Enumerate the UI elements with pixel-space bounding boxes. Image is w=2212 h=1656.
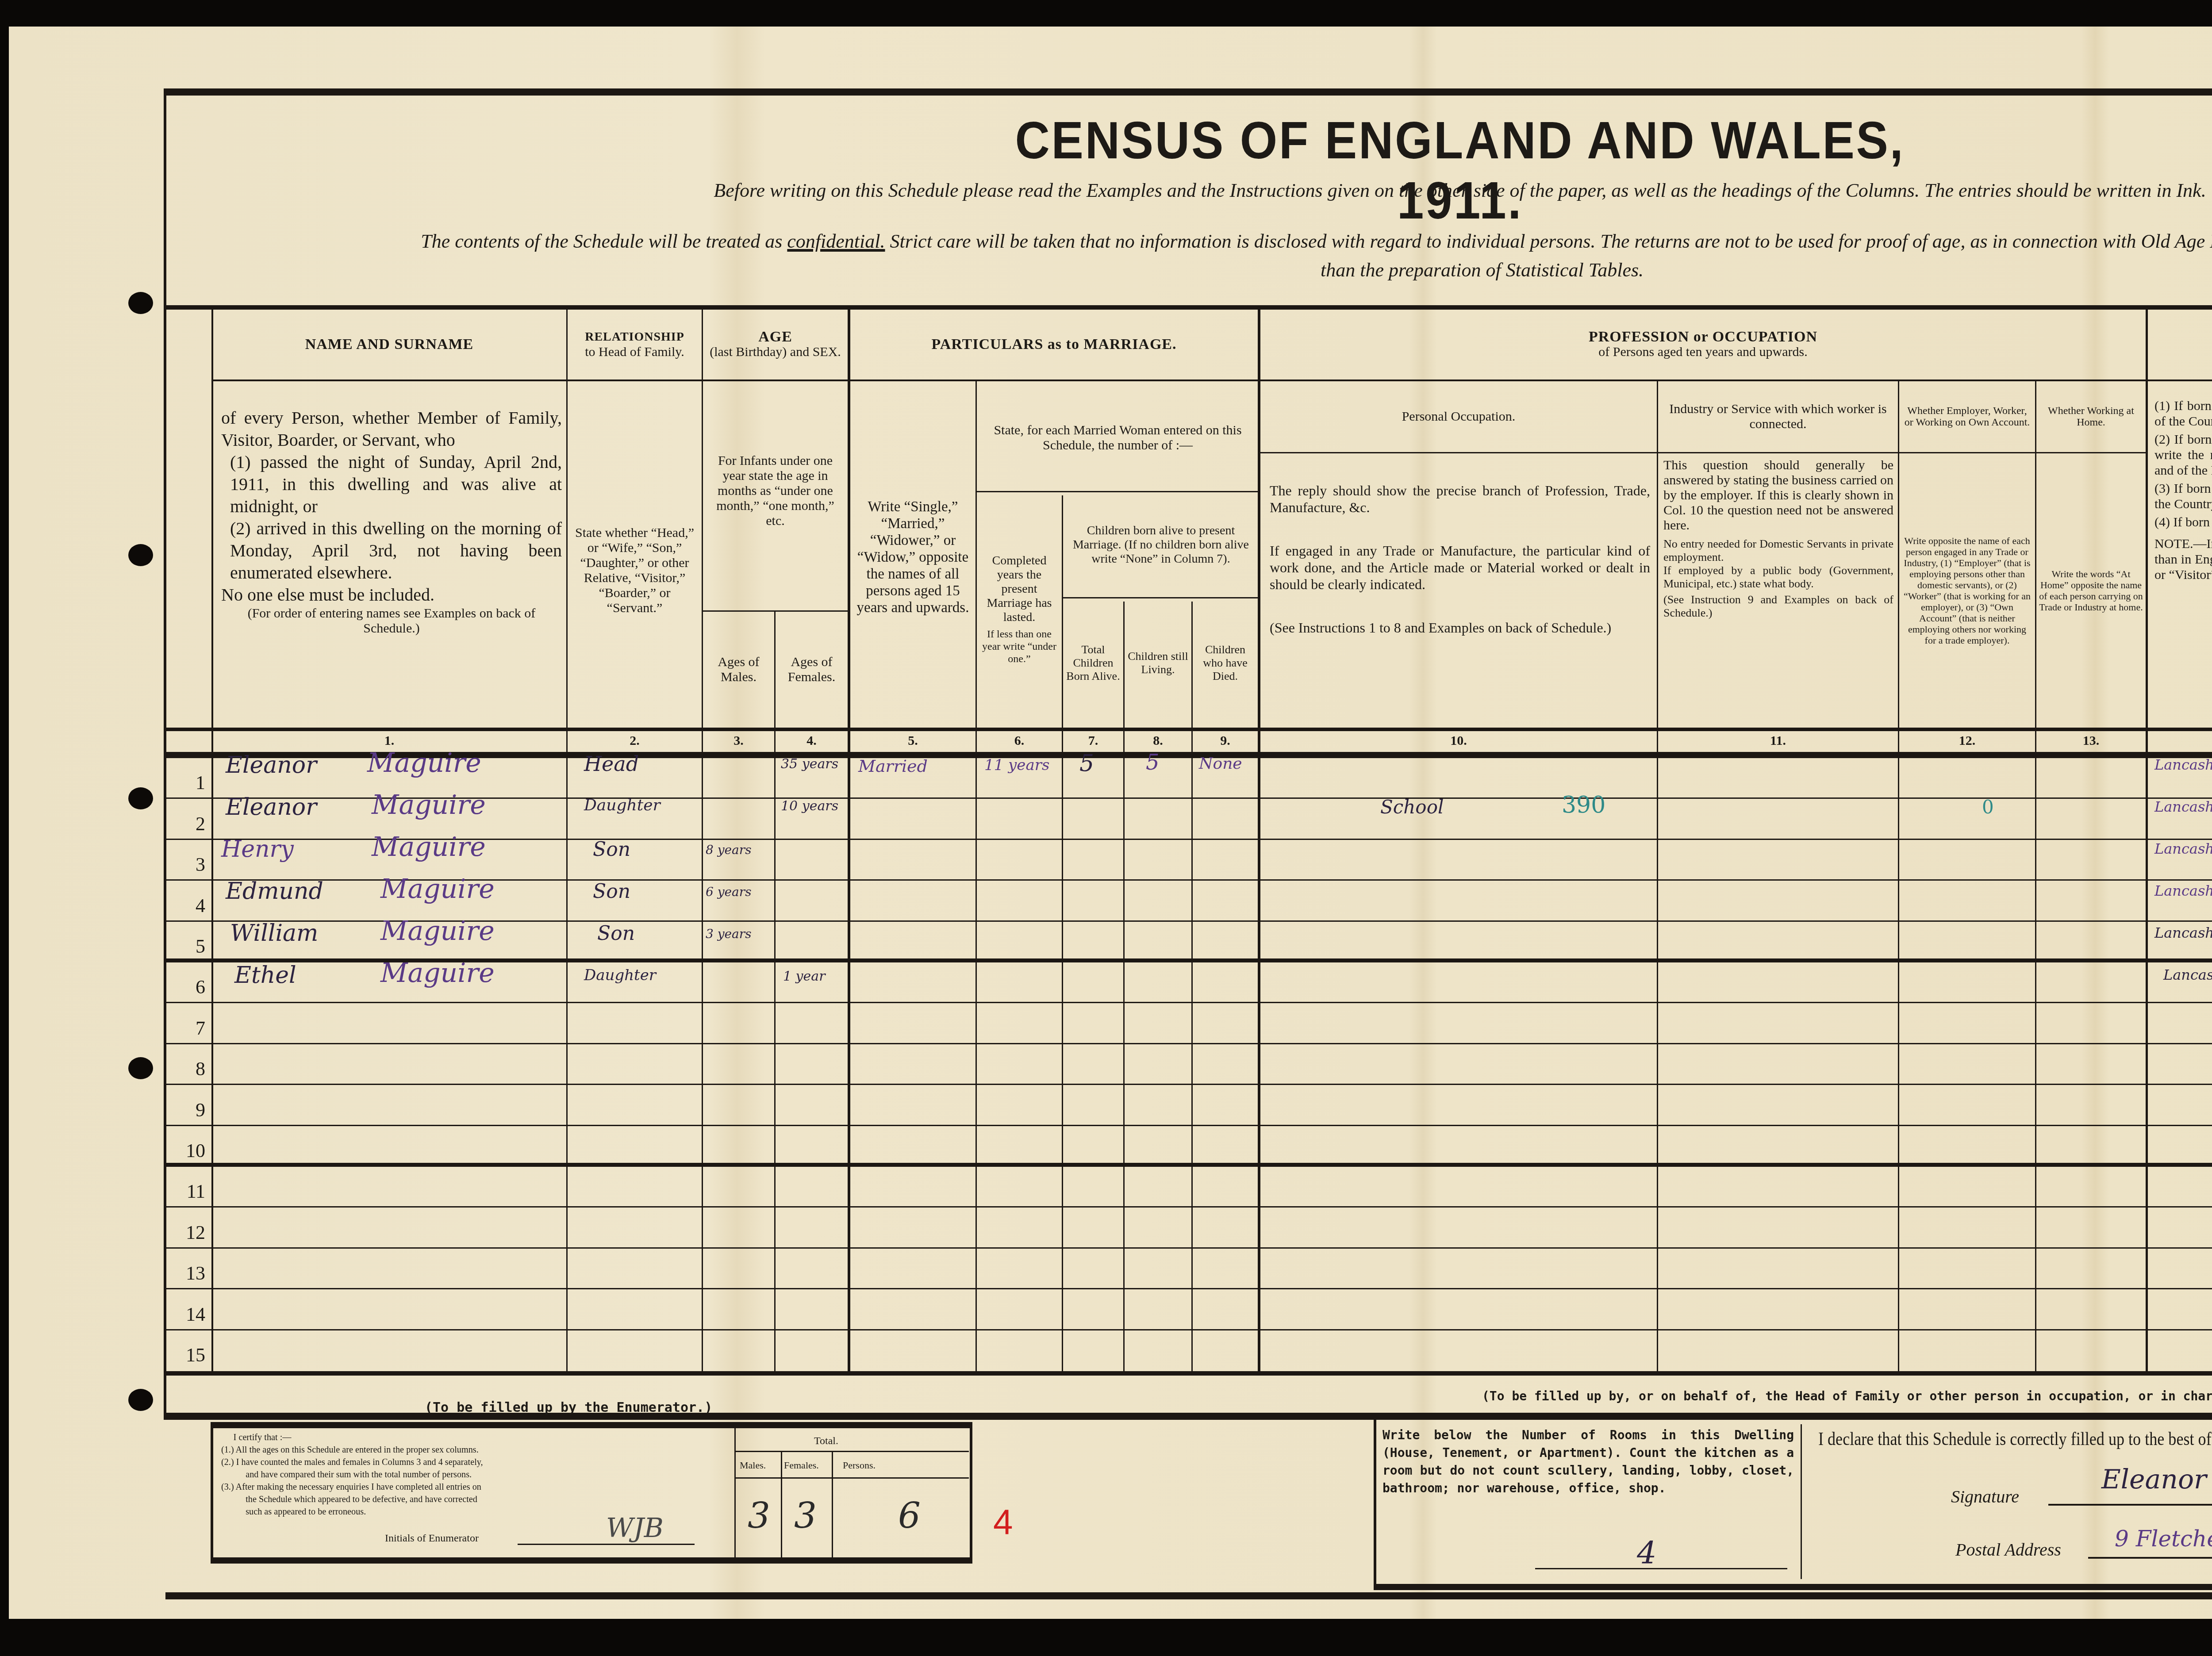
enumerator-divider <box>734 1426 736 1559</box>
row-5-surname[interactable]: Maguire <box>380 916 495 947</box>
postal-address-label: Postal Address <box>1955 1539 2061 1560</box>
row-6-relationship[interactable]: Daughter <box>584 966 656 984</box>
row-rule <box>165 1247 2212 1249</box>
name-instructions: of every Person, whether Member of Famil… <box>221 407 562 636</box>
married-woman-instructions: State, for each Married Woman entered on… <box>977 385 1259 491</box>
header-name: NAME AND SURNAME <box>212 310 566 379</box>
rooms-instructions: Write below the Number of Rooms in this … <box>1382 1426 1794 1497</box>
col-number: 2. <box>568 733 702 748</box>
row-2-surname[interactable]: Maguire <box>372 790 486 820</box>
header-relationship: RELATIONSHIP to Head of Family. <box>568 310 702 379</box>
marriage-condition-instructions: Write “Single,” “Married,” “Widower,” or… <box>850 469 975 646</box>
row-4-forename[interactable]: Edmund <box>226 878 323 905</box>
children-header: Children born alive to present Marriage.… <box>1063 492 1259 597</box>
row-1-relationship[interactable]: Head <box>584 752 639 776</box>
row-6-age-female[interactable]: 1 year <box>783 969 826 984</box>
ink-instruction: Before writing on this Schedule please r… <box>487 179 2212 202</box>
confidential-word: confidential. <box>787 230 885 252</box>
punch-hole <box>128 1389 153 1411</box>
enumerator-caption: (To be filled up by the Enumerator.) <box>425 1400 712 1415</box>
subheader-bottom-rule <box>165 728 2212 731</box>
total-label: Total. <box>814 1435 838 1447</box>
page-title: CENSUS OF ENGLAND AND WALES, 1911. <box>992 111 1928 231</box>
row-2-occupation-code: 390 <box>1562 792 1605 818</box>
col-number: 1. <box>212 733 566 748</box>
col-divider <box>211 310 213 1371</box>
row-3-relationship[interactable]: Son <box>593 838 630 861</box>
col-number: 3. <box>703 733 774 748</box>
row-3-forename[interactable]: Henry <box>221 836 294 862</box>
declaration: I declare that this Schedule is correctl… <box>1818 1429 2212 1450</box>
col-number: 4. <box>776 733 848 748</box>
signature-line <box>2048 1504 2212 1506</box>
col-number: 6. <box>977 733 1062 748</box>
row-number: 15 <box>165 1344 210 1366</box>
row-number: 14 <box>165 1303 210 1326</box>
marriage-years-header: Completed years the present Marriage has… <box>977 492 1062 727</box>
table-top-rule <box>165 305 2212 310</box>
row-number: 6 <box>165 976 210 998</box>
initials-line <box>518 1544 695 1545</box>
enumerator-initials[interactable]: WJB <box>606 1513 664 1544</box>
row-5-forename[interactable]: William <box>230 920 318 947</box>
age-males-header: Ages of Males. <box>703 612 774 728</box>
col-number: 13. <box>2036 733 2146 748</box>
birthplace-instructions: (1) If born in the United Kingdom, write… <box>2154 398 2212 583</box>
row-2-occupation[interactable]: School <box>1380 796 1444 818</box>
row-rule <box>165 1288 2212 1289</box>
row-6-county[interactable]: Lancashire <box>2163 966 2212 983</box>
personal-occupation-instructions: The reply should show the precise branch… <box>1270 482 1650 636</box>
header-age: AGE (last Birthday) and SEX. <box>703 310 848 379</box>
row-1-children-living[interactable]: 5 <box>1146 750 1160 775</box>
row-rule <box>165 1163 2212 1167</box>
employer-instructions: Write opposite the name of each person e… <box>1899 453 2035 728</box>
total-females[interactable]: 3 <box>794 1495 817 1536</box>
row-number: 3 <box>165 853 210 876</box>
row-number: 2 <box>165 813 210 835</box>
row-1-condition[interactable]: Married <box>858 756 928 776</box>
initials-label: Initials of Enumerator <box>385 1533 479 1545</box>
children-died-header: Children who have Died. <box>1193 598 1258 728</box>
total-divider <box>734 1451 969 1452</box>
row-3-age-male[interactable]: 8 years <box>706 843 752 857</box>
row-number: 9 <box>165 1099 210 1121</box>
rooms-line <box>1535 1568 1787 1569</box>
home-instructions: Write the words “At Home” opposite the n… <box>2036 453 2146 728</box>
header-marriage: PARTICULARS as to MARRIAGE. <box>850 310 1258 379</box>
col-number: 9. <box>1193 733 1258 748</box>
row-2-relationship[interactable]: Daughter <box>584 796 661 814</box>
females-label: Females. <box>784 1460 819 1471</box>
relationship-instructions: State whether “Head,” or “Wife,” “Son,” … <box>568 478 702 663</box>
col-number: 7. <box>1063 733 1123 748</box>
col-number: 5. <box>850 733 975 748</box>
red-annotation: 4 <box>993 1502 1013 1542</box>
row-number: 11 <box>165 1180 210 1203</box>
home-header: Whether Working at Home. <box>2036 381 2146 452</box>
row-number: 12 <box>165 1221 210 1244</box>
householder-caption: (To be filled up by, or on behalf of, th… <box>1482 1389 2212 1403</box>
row-rule <box>165 1084 2212 1085</box>
row-2-employer-code: 0 <box>1982 796 1994 818</box>
industry-instructions: This question should generally be answer… <box>1663 458 1893 620</box>
row-number: 1 <box>165 771 210 794</box>
total-divider <box>734 1477 969 1479</box>
age-females-header: Ages of Females. <box>776 612 848 728</box>
col-number: 14 <box>2148 733 2212 748</box>
col-number: 10. <box>1260 733 1657 748</box>
row-1-years-married[interactable]: 11 years <box>984 756 1049 774</box>
row-4-age-male[interactable]: 6 years <box>706 885 752 899</box>
row-4-county[interactable]: Lancashire <box>2154 882 2212 899</box>
row-2-county[interactable]: Lancashire <box>2154 798 2212 815</box>
children-living-header: Children still Living. <box>1125 598 1191 728</box>
signature-label: Signature <box>1951 1486 2019 1507</box>
col-number: 11. <box>1658 733 1898 748</box>
table-bottom-rule <box>165 1371 2212 1376</box>
punch-hole <box>128 544 153 566</box>
employer-header: Whether Employer, Worker, or Working on … <box>1899 381 2035 452</box>
row-number: 5 <box>165 935 210 958</box>
total-col-divider <box>832 1451 833 1559</box>
form-bottom-rule <box>165 1592 2212 1599</box>
total-col-divider <box>781 1451 782 1559</box>
header-occupation: PROFESSION or OCCUPATION of Persons aged… <box>1260 310 2146 379</box>
punch-hole <box>128 292 153 314</box>
enumerator-certification: I certify that :— (1.) All the ages on t… <box>221 1431 693 1518</box>
header-birthplace: BIRTHPLACE of every person. <box>2148 310 2212 379</box>
row-rule <box>165 1125 2212 1126</box>
row-5-county[interactable]: Lancashire <box>2154 924 2212 941</box>
row-number: 13 <box>165 1262 210 1284</box>
householder-divider <box>1801 1424 1802 1579</box>
total-males[interactable]: 3 <box>748 1495 770 1536</box>
col-divider <box>1657 380 1658 1371</box>
row-2-forename[interactable]: Eleanor <box>226 794 317 820</box>
row-number: 7 <box>165 1017 210 1039</box>
industry-header: Industry or Service with which worker is… <box>1658 381 1898 452</box>
row-4-relationship[interactable]: Son <box>593 880 630 903</box>
row-6-surname[interactable]: Maguire <box>380 958 495 989</box>
row-1-county[interactable]: Lancashire <box>2154 756 2212 773</box>
row-3-surname[interactable]: Maguire <box>372 832 486 862</box>
address-line <box>2088 1557 2212 1559</box>
personal-occupation-header: Personal Occupation. <box>1260 381 1657 452</box>
row-6-forename[interactable]: Ethel <box>234 962 296 989</box>
rooms-count[interactable]: 4 <box>1637 1535 1657 1571</box>
row-1-forename[interactable]: Eleanor <box>226 752 317 778</box>
punch-hole <box>128 787 153 809</box>
row-rule <box>165 1206 2212 1207</box>
row-2-age-female[interactable]: 10 years <box>781 798 838 814</box>
col-number: 12. <box>1899 733 2035 748</box>
males-label: Males. <box>740 1460 766 1471</box>
postal-address[interactable]: 9 Fletcher St. Ardwick Manchester Lanc <box>2115 1526 2212 1552</box>
confidentiality-notice-2: than the preparation of Statistical Tabl… <box>1062 259 1902 281</box>
row-rule <box>165 1329 2212 1330</box>
row-5-relationship[interactable]: Son <box>597 922 635 945</box>
total-persons[interactable]: 6 <box>898 1495 921 1536</box>
row-1-children-born[interactable]: 5 <box>1079 750 1094 777</box>
row-number: 10 <box>165 1139 210 1162</box>
row-5-age-male[interactable]: 3 years <box>706 927 752 941</box>
row-1-children-died[interactable]: None <box>1199 755 1242 773</box>
row-rule <box>165 1002 2212 1003</box>
age-infant-instructions: For Infants under one year state the age… <box>703 425 848 557</box>
row-1-age-female[interactable]: 35 years <box>781 756 838 772</box>
row-number: 8 <box>165 1058 210 1080</box>
punch-hole <box>128 1057 153 1079</box>
row-number: 4 <box>165 894 210 917</box>
persons-label: Persons. <box>843 1460 876 1471</box>
signature[interactable]: Eleanor Maguire <box>2101 1464 2212 1495</box>
col-divider <box>566 310 568 1371</box>
col-number: 8. <box>1125 733 1191 748</box>
row-rule <box>165 1043 2212 1044</box>
row-4-surname[interactable]: Maguire <box>380 874 495 905</box>
row-3-county[interactable]: Lancashire <box>2154 840 2212 857</box>
col-divider <box>2146 310 2148 1371</box>
children-total-header: Total Children Born Alive. <box>1063 598 1123 728</box>
confidentiality-notice: The contents of the Schedule will be tre… <box>195 230 2212 253</box>
row-1-surname[interactable]: Maguire <box>367 747 481 778</box>
